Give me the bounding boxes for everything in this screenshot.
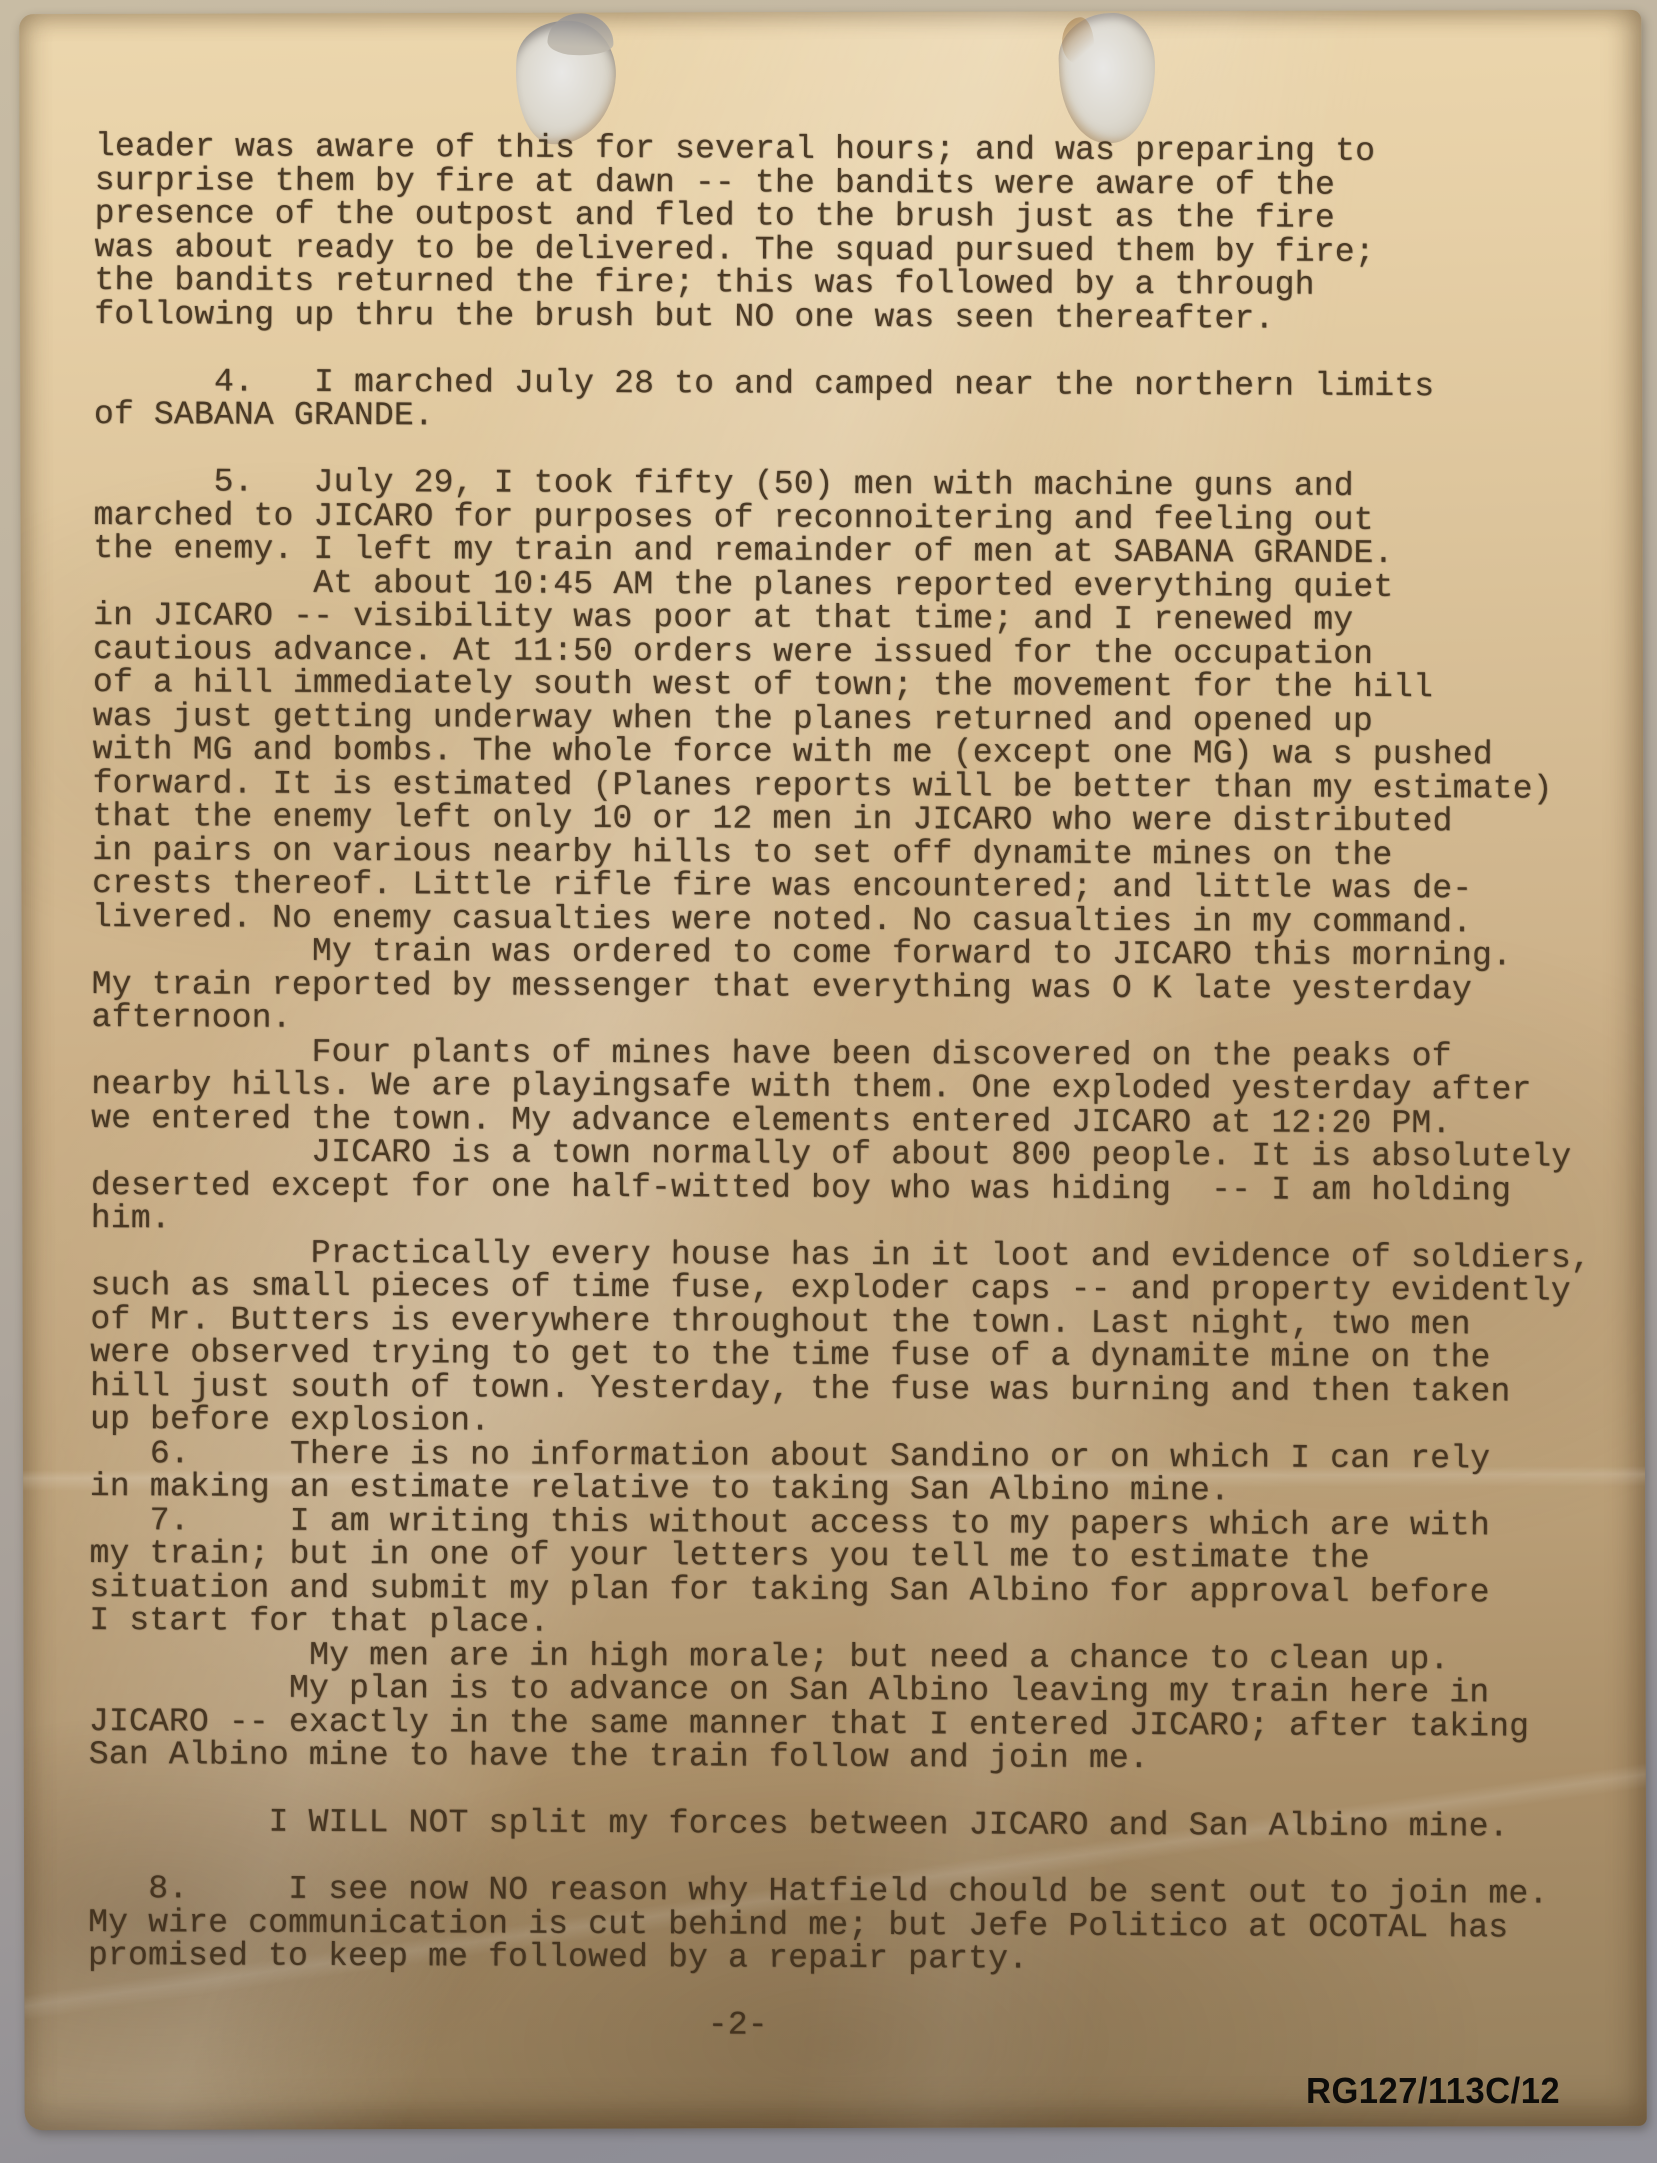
archive-reference-stamp: RG127/113C/12 xyxy=(1306,2070,1560,2112)
punch-hole-right xyxy=(1057,12,1158,146)
document-scan: leader was aware of this for several hou… xyxy=(0,0,1657,2163)
punch-hole-left xyxy=(512,18,618,147)
typed-line: following up thru the brush but NO one w… xyxy=(94,297,1624,336)
typed-line: I WILL NOT split my forces between JICAR… xyxy=(88,1805,1618,1844)
typed-line: -2- xyxy=(88,2006,1618,2045)
typed-line: My train reported by messenger that ever… xyxy=(92,967,1622,1006)
typed-text: leader was aware of this for several hou… xyxy=(88,130,1625,2045)
typed-line: deserted except for one half-witted boy … xyxy=(91,1168,1621,1207)
